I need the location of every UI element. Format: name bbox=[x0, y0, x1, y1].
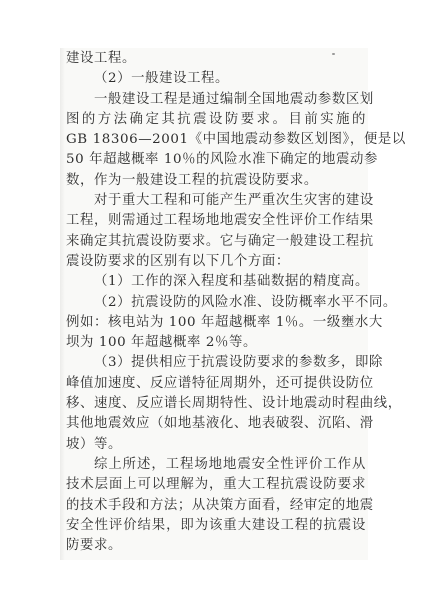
text-line: 的技术手段和方法；从决策方面看，经审定的地震 bbox=[66, 496, 366, 516]
text-line: 例如：核电站为 100 年超越概率 1％。一级壅水大 bbox=[66, 313, 366, 333]
text-line: 技术层面上可以理解为，重大工程抗震设防要求 bbox=[66, 475, 366, 495]
text-line: 峰值加速度、反应谱特征周期外，还可提供设防位 bbox=[66, 374, 366, 394]
text-line: GB 18306—2001《中国地震动参数区划图》，便是以 bbox=[66, 130, 366, 150]
list-item: （2）抗震设防的风险水准、设防概率水平不同。 bbox=[66, 293, 366, 313]
document-body: 建设工程。 （2）一般建设工程。 一般建设工程是通过编制全国地震动参数区划 图的… bbox=[66, 49, 366, 556]
page-edge-shadow bbox=[60, 48, 65, 560]
text-line: 坝为 100 年超越概率 2％等。 bbox=[66, 333, 366, 353]
text-line: 一般建设工程是通过编制全国地震动参数区划 bbox=[66, 90, 366, 110]
text-line: 来确定其抗震设防要求。它与确定一般建设工程抗 bbox=[66, 232, 366, 252]
list-item: （3）提供相应于抗震设防要求的参数多，即除 bbox=[66, 353, 366, 373]
text-line: 对于重大工程和可能产生严重次生灾害的建设 bbox=[66, 191, 366, 211]
text-line: 建设工程。 bbox=[66, 49, 366, 69]
text-line: 坡）等。 bbox=[66, 435, 366, 455]
text-line: 移、速度、反应谱长周期特性、设计地震动时程曲线， bbox=[66, 394, 366, 414]
text-line: 防要求。 bbox=[66, 536, 366, 556]
text-line: 数，作为一般建设工程的抗震设防要求。 bbox=[66, 171, 366, 191]
text-line: 工程，则需通过工程场地地震安全性评价工作结果 bbox=[66, 211, 366, 231]
text-line: 其他地震效应（如地基液化、地表破裂、沉陷、滑 bbox=[66, 414, 366, 434]
text-line: 震设防要求的区别有以下几个方面： bbox=[66, 252, 366, 272]
list-item: （1）工作的深入程度和基础数据的精度高。 bbox=[66, 272, 366, 292]
section-heading: （2）一般建设工程。 bbox=[66, 69, 366, 89]
text-line: 50 年超越概率 10％的风险水准下确定的地震动参 bbox=[66, 150, 366, 170]
text-line: 综上所述，工程场地地震安全性评价工作从 bbox=[66, 455, 366, 475]
text-line: 图的方法确定其抗震设防要求。目前实施的 bbox=[66, 110, 366, 130]
text-line: 安全性评价结果，即为该重大建设工程的抗震设 bbox=[66, 516, 366, 536]
